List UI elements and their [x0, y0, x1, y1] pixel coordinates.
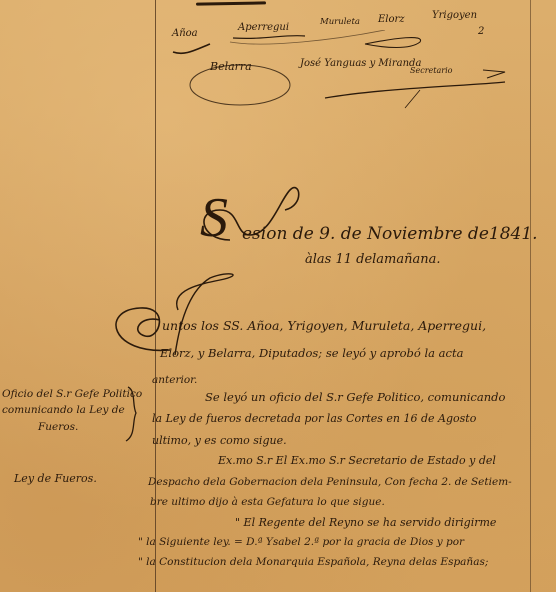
signature-aperregui: Aperregui [238, 22, 289, 33]
body-line-3: ultimo, y es como sigue. [152, 434, 287, 447]
signature-secretario: Secretario [410, 66, 452, 75]
signature-anoa: Añoa [172, 28, 198, 39]
signature-elorz: Elorz [378, 14, 405, 25]
body-line-4: Ex.mo S.r El Ex.mo S.r Secretario de Est… [218, 454, 496, 467]
signature-yanguas: José Yanguas y Miranda [300, 58, 421, 69]
body-line-8: " la Siguiente ley. = D.ª Ysabel 2.ª por… [138, 536, 464, 548]
signature-yrigoyen: Yrigoyen [432, 10, 477, 21]
signature-muruleta: Muruleta [320, 17, 360, 27]
session-time: àlas 11 delamañana. [305, 252, 441, 267]
right-margin-rule [530, 0, 531, 592]
session-title: esion de 9. de Noviembre de1841. [242, 224, 538, 244]
body-line-2: la Ley de fueros decretada por las Corte… [152, 412, 476, 425]
margin-note-2: Ley de Fueros. [14, 472, 97, 485]
margin-note-1-line-2: comunicando la Ley de [2, 404, 125, 416]
manuscript-page: Añoa Aperregui Muruleta Elorz Yrigoyen 2… [0, 0, 556, 592]
ink-stroke-top [196, 1, 266, 5]
signature-belarra: Belarra [210, 60, 252, 73]
body-line-5: Despacho dela Gobernacion dela Peninsula… [148, 476, 512, 488]
signature-suffix: 2 [478, 26, 484, 37]
intro-line-1: untos los SS. Añoa, Yrigoyen, Muruleta, … [162, 318, 486, 333]
intro-line-3: anterior. [152, 374, 197, 386]
heading-initial: S [200, 190, 228, 246]
body-line-6: bre ultimo dijo à esta Gefatura lo que s… [150, 496, 385, 508]
body-line-1: Se leyó un oficio del S.r Gefe Politico,… [205, 390, 505, 404]
margin-note-1-line-3: Fueros. [38, 421, 78, 433]
intro-line-2: Elorz, y Belarra, Diputados; se leyó y a… [160, 346, 463, 360]
body-line-7: " El Regente del Reyno se ha servido dir… [235, 516, 496, 529]
margin-note-1-line-1: Oficio del S.r Gefe Politico [2, 388, 142, 400]
body-line-9: " la Constitucion dela Monarquia Español… [138, 556, 488, 568]
